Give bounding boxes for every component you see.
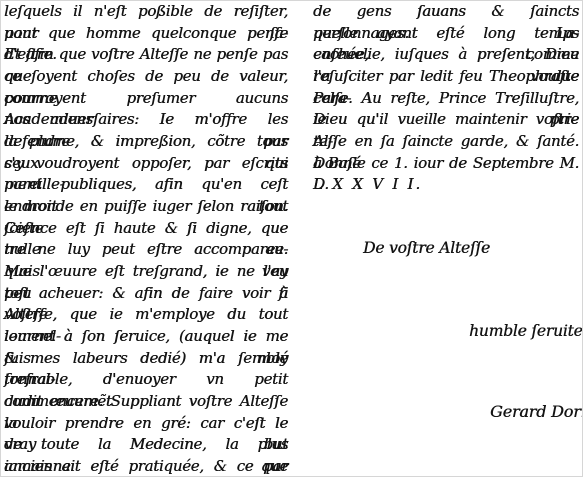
text-line: le monde en puiſſe iuger ſelon raiſon. C… <box>4 196 288 218</box>
text-line: celſe. Au reſte, Prince Treſilluſtre, ie… <box>313 88 579 110</box>
text-line: enſeuelie, iuſques à preſent, Dieu l'a v… <box>313 44 579 66</box>
text-line: la plume, & impreßion, cõtre tous ceux q… <box>4 131 288 153</box>
text-line: s'y voudroyent oppoſer, par eſcrits pare… <box>4 153 288 175</box>
text-line: de gens ſauans & ſaincts perſonnages. La… <box>313 1 579 23</box>
text-line: Alteſſe, que ie m'employe du tout iourne… <box>4 304 288 326</box>
text-line: lement à ſon ſeruice, (auquel ie me ſuis… <box>4 326 288 348</box>
text-line: quelle ayant eſté long temps cachée, com… <box>313 23 579 45</box>
text-line: tre ne luy peut eſtre accomparee. Mais v… <box>4 239 288 261</box>
text-line: Dieu qu'il vueille maintenir voſtre Al- <box>313 109 579 131</box>
closing-salutation: De voſtre Alteſſe <box>363 238 490 258</box>
signature: Gerard Dorn. <box>490 402 583 422</box>
text-line: reſuſciter par ledit feu Theophraſte Par… <box>313 66 579 88</box>
text-line: nos aduerſaires: Ie m'offre les defendre… <box>4 109 288 131</box>
left-text-column: leſquels il n'eſt poßible de reſiſter, p… <box>4 1 288 477</box>
text-line: L X X V I I. <box>313 174 579 196</box>
text-line: de toute la Medecine, la plus ancienne q… <box>4 434 288 456</box>
text-line: leſquels il n'eſt poßible de reſiſter, p… <box>4 1 288 23</box>
text-line: à Baſle ce 1. iour de Septembre M. D. <box>313 153 579 175</box>
text-line: ce ſoyent choſes de peu de valeur, comme <box>4 66 288 88</box>
text-line: vouloir prendre en gré: car c'eſt le vra… <box>4 413 288 435</box>
text-line: ſonnable, d'enuoyer vn petit commencemẽt <box>4 369 288 391</box>
text-line: & mes labeurs dedié) m'a ſemblé treſrai- <box>4 348 288 370</box>
text-line: dudit œuure. Suppliant voſtre Alteſſe la <box>4 391 288 413</box>
book-page: leſquels il n'eſt poßible de reſiſter, p… <box>0 0 583 477</box>
text-line: teſſe en ſa ſaincte garde, & ſanté. Donn… <box>313 131 579 153</box>
text-line: que l'œuure eſt treſgrand, ie ne l'ay pe… <box>4 261 288 283</box>
text-line: toſt acheuer: & afin de faire voir à voſ… <box>4 283 288 305</box>
text-line: pourroyent preſumer aucuns Academiens <box>4 88 288 110</box>
text-line: Et afin que voſtre Alteſſe ne penſe pas … <box>4 44 288 66</box>
closing-role: humble ſeruiteur <box>469 321 583 341</box>
text-line: iamais ait eſté pratiquée, & ce par bien… <box>4 456 288 477</box>
text-line: uant que homme quelconque penſe d'eſtre. <box>4 23 288 45</box>
text-line: ment publiques, afin qu'en ceſt endroit … <box>4 174 288 196</box>
right-text-column: de gens ſauans & ſaincts perſonnages. La… <box>313 1 579 196</box>
text-line: ſcience eſt ſi haute & ſi digne, que nul… <box>4 218 288 240</box>
